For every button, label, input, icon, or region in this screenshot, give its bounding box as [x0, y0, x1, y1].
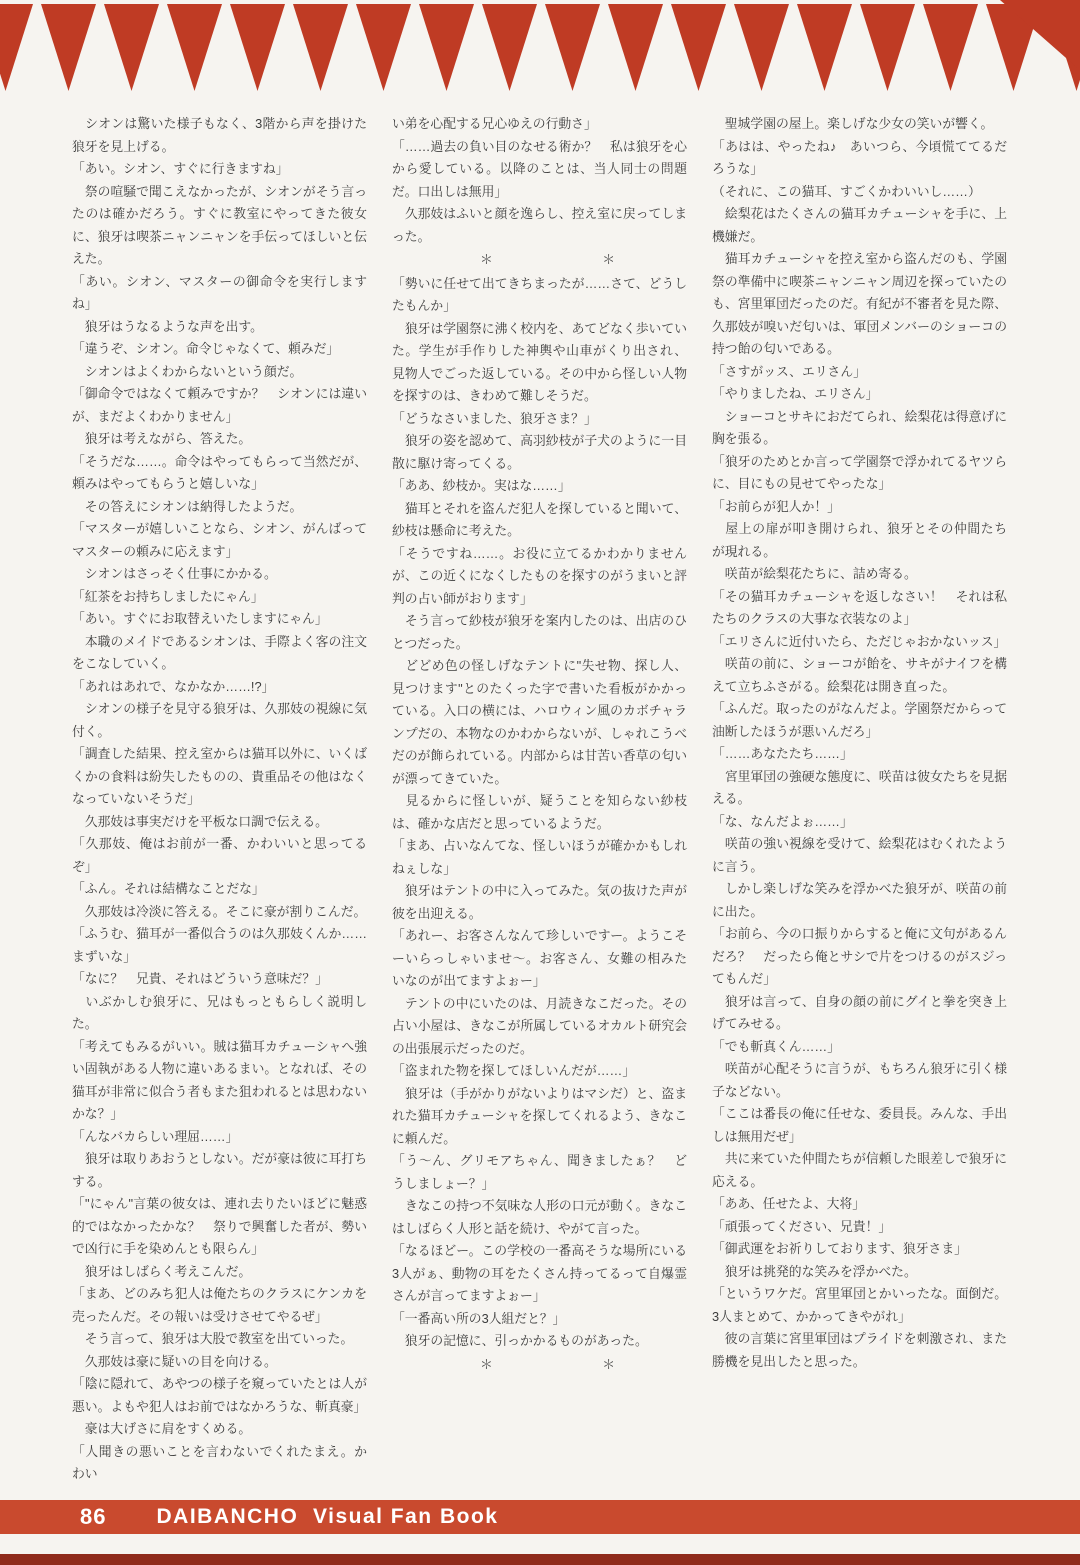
paragraph: 「なるほどー。この学校の一番高そうな場所にいる3人がぁ、動物の耳をたくさん持って…	[392, 1240, 687, 1308]
paragraph: 「さすがッス、エリさん」	[712, 361, 1007, 384]
paragraph: シオンはよくわからないという顔だ。	[72, 361, 367, 384]
paragraph: 咲苗の前に、ショーコが飴を、サキがナイフを構えて立ちふさがる。絵梨花は開き直った…	[712, 653, 1007, 698]
paragraph: 「その猫耳カチューシャを返しなさい！ それは私たちのクラスの大事な衣装なのよ」	[712, 586, 1007, 631]
paragraph: 咲苗が心配そうに言うが、もちろん狼牙に引く様子などない。	[712, 1058, 1007, 1103]
paragraph: 「というワケだ。宮里軍団とかいったな。面倒だ。3人まとめて、かかってきやがれ」	[712, 1283, 1007, 1328]
paragraph: 「御命令ではなくて頼みですか？ シオンには違いが、まだよくわかりません」	[72, 383, 367, 428]
paragraph: 狼牙は挑発的な笑みを浮かべた。	[712, 1261, 1007, 1284]
pennant-triangle-icon	[419, 4, 474, 91]
paragraph: 「な、なんだよぉ……」	[712, 811, 1007, 834]
paragraph: 宮里軍団の強硬な態度に、咲苗は彼女たちを見据える。	[712, 766, 1007, 811]
paragraph: 「陰に隠れて、あやつの様子を窺っていたとは人が悪い。よもや犯人はお前ではなかろう…	[72, 1373, 367, 1418]
paragraph: 本職のメイドであるシオンは、手際よく客の注文をこなしていく。	[72, 631, 367, 676]
paragraph: 「エリさんに近付いたら、ただじゃおかないッス」	[712, 631, 1007, 654]
paragraph: その答えにシオンは納得したようだ。	[72, 496, 367, 519]
paragraph: 「盗まれた物を探してほしいんだが……」	[392, 1060, 687, 1083]
paragraph: 「……あなたたち……」	[712, 743, 1007, 766]
separator-asterisk: ＊	[480, 249, 493, 272]
paragraph: 咲苗の強い視線を受けて、絵梨花はむくれたように言う。	[712, 833, 1007, 878]
paragraph: 久那妓は豪に疑いの目を向ける。	[72, 1351, 367, 1374]
paragraph: 狼牙はしばらく考えこんだ。	[72, 1261, 367, 1284]
paragraph: シオンはさっそく仕事にかかる。	[72, 563, 367, 586]
paragraph: ショーコとサキにおだてられ、絵梨花は得意げに胸を張る。	[712, 406, 1007, 451]
paragraph: 「あい。シオン、すぐに行きますね」	[72, 158, 367, 181]
pennant-triangle-icon	[167, 4, 222, 91]
paragraph: 祭の喧騒で聞こえなかったが、シオンがそう言ったのは確かだろう。すぐに教室にやって…	[72, 181, 367, 271]
paragraph: 「やりましたね、エリさん」	[712, 383, 1007, 406]
pennant-banner	[0, 4, 1080, 91]
pennant-triangle-icon	[41, 4, 96, 91]
pennant-triangle-icon	[545, 4, 600, 91]
paragraph: 「考えてもみるがいい。賊は猫耳カチューシャへ強い固執がある人物に違いあるまい。と…	[72, 1036, 367, 1126]
bottom-edge-strip	[0, 1554, 1080, 1565]
paragraph: いぶかしむ狼牙に、兄はもっともらしく説明した。	[72, 991, 367, 1036]
pennant-triangle-icon	[230, 4, 285, 91]
paragraph: 彼の言葉に宮里軍団はプライドを刺激され、また勝機を見出したと思った。	[712, 1328, 1007, 1373]
paragraph: 狼牙はうなるような声を出す。	[72, 316, 367, 339]
paragraph: 絵梨花はたくさんの猫耳カチューシャを手に、上機嫌だ。	[712, 203, 1007, 248]
paragraph: 猫耳カチューシャを控え室から盗んだのも、学園祭の準備中に喫茶ニャンニャン周辺を探…	[712, 248, 1007, 361]
footer-bar: 86 DAIBANCHO Visual Fan Book	[0, 1500, 1080, 1534]
pennant-triangle-icon	[734, 4, 789, 91]
paragraph: 「狼牙のためとか言って学園祭で浮かれてるヤツらに、目にもの見せてやったな」	[712, 451, 1007, 496]
paragraph: 久那妓は冷淡に答える。そこに豪が割りこんだ。	[72, 901, 367, 924]
paragraph: 「ふんだ。取ったのがなんだよ。学園祭だからって油断したほうが悪いんだろ」	[712, 698, 1007, 743]
paragraph: テントの中にいたのは、月読きなこだった。その占い小屋は、きなこが所属しているオカ…	[392, 993, 687, 1061]
paragraph: シオンは驚いた様子もなく、3階から声を掛けた狼牙を見上げる。	[72, 113, 367, 158]
paragraph: 「紅茶をお持ちしましたにゃん」	[72, 586, 367, 609]
paragraph: 「マスターが嬉しいことなら、シオン、がんばってマスターの頼みに応えます」	[72, 518, 367, 563]
paragraph: 「んなバカらしい理屈……」	[72, 1126, 367, 1149]
paragraph: 狼牙は学園祭に沸く校内を、あてどなく歩いていた。学生が手作りした神輿や山車がくり…	[392, 318, 687, 408]
paragraph: 狼牙は考えながら、答えた。	[72, 428, 367, 451]
separator-asterisk: ＊	[602, 1354, 615, 1377]
pennant-triangle-icon	[608, 4, 663, 91]
paragraph: 「一番高い所の3人組だと？」	[392, 1308, 687, 1331]
paragraph: 久那妓は事実だけを平板な口調で伝える。	[72, 811, 367, 834]
paragraph: 「御武運をお祈りしております、狼牙さま」	[712, 1238, 1007, 1261]
paragraph: 見るからに怪しいが、疑うことを知らない紗枝は、確かな店だと思っているようだ。	[392, 790, 687, 835]
paragraph: 狼牙は取りあおうとしない。だが豪は彼に耳打ちする。	[72, 1148, 367, 1193]
paragraph: そう言って紗枝が狼牙を案内したのは、出店のひとつだった。	[392, 610, 687, 655]
paragraph: 「そうだな……。命令はやってもらって当然だが、頼みはやってもらうと嬉しいな」	[72, 451, 367, 496]
paragraph: 「勢いに任せて出てきちまったが……さて、どうしたもんか」	[392, 273, 687, 318]
pennant-triangle-icon	[671, 4, 726, 91]
paragraph: 「お前らが犯人か！」	[712, 496, 1007, 519]
paragraph: 「どうなさいました、狼牙さま？」	[392, 408, 687, 431]
paragraph: どどめ色の怪しげなテントに"失せ物、探し人、見つけます"とのたくった字で書いた看…	[392, 655, 687, 790]
text-columns: シオンは驚いた様子もなく、3階から声を掛けた狼牙を見上げる。「あい。シオン、すぐ…	[72, 113, 1008, 1486]
paragraph: 「お前ら、今の口振りからすると俺に文句があるんだろ？ だったら俺とサシで片をつけ…	[712, 923, 1007, 991]
paragraph: 「まあ、占いなんてな、怪しいほうが確かかもしれねぇしな」	[392, 835, 687, 880]
paragraph: 「あはは、やったね♪ あいつら、今頃慌ててるだろうな」	[712, 136, 1007, 181]
paragraph: 狼牙は（手がかりがないよりはマシだ）と、盗まれた猫耳カチューシャを探してくれるよ…	[392, 1083, 687, 1151]
paragraph: 咲苗が絵梨花たちに、詰め寄る。	[712, 563, 1007, 586]
paragraph: 「あれー、お客さんなんて珍しいですー。ようこそーいらっしゃいませ〜。お客さん、女…	[392, 925, 687, 993]
pennant-triangle-icon	[860, 4, 915, 91]
pennant-triangle-icon	[0, 4, 33, 91]
paragraph: そう言って、狼牙は大股で教室を出ていった。	[72, 1328, 367, 1351]
pennant-triangle-icon	[923, 4, 978, 91]
paragraph: 狼牙は言って、自身の顔の前にグイと拳を突き上げてみせる。	[712, 991, 1007, 1036]
paragraph: 「ふん。それは結構なことだな」	[72, 878, 367, 901]
paragraph: 「調査した結果、控え室からは猫耳以外に、いくばくかの食料は紛失したものの、貴重品…	[72, 743, 367, 811]
paragraph: 「違うぞ、シオン。命令じゃなくて、頼みだ」	[72, 338, 367, 361]
pennant-triangle-icon	[293, 4, 348, 91]
pennant-triangle-icon	[356, 4, 411, 91]
paragraph: 「あれはあれで、なかなか……!?」	[72, 676, 367, 699]
separator-asterisk: ＊	[480, 1354, 493, 1377]
paragraph: 狼牙はテントの中に入ってみた。気の抜けた声が彼を出迎える。	[392, 880, 687, 925]
paragraph: 「あい。すぐにお取替えいたしますにゃん」	[72, 608, 367, 631]
paragraph: 共に来ていた仲間たちが信頼した眼差しで狼牙に応える。	[712, 1148, 1007, 1193]
paragraph: 狼牙の姿を認めて、高羽紗枝が子犬のように一目散に駆け寄ってくる。	[392, 430, 687, 475]
paragraph: 「"にゃん"言葉の彼女は、連れ去りたいほどに魅惑的ではなかったかな？ 祭りで興奮…	[72, 1193, 367, 1261]
text-column-2: い弟を心配する兄心ゆえの行動さ」「……過去の負い目のなせる術か？ 私は狼牙を心か…	[392, 113, 687, 1486]
page-number: 86	[80, 1504, 106, 1530]
paragraph: 「久那妓、俺はお前が一番、かわいいと思ってるぞ」	[72, 833, 367, 878]
paragraph: 「そうですね……。お役に立てるかわかりませんが、この近くになくしたものを探すのが…	[392, 543, 687, 611]
paragraph: 屋上の扉が叩き開けられ、狼牙とその仲間たちが現れる。	[712, 518, 1007, 563]
paragraph: 久那妓はふいと顔を逸らし、控え室に戻ってしまった。	[392, 203, 687, 248]
paragraph: い弟を心配する兄心ゆえの行動さ」	[392, 113, 687, 136]
paragraph: 聖城学園の屋上。楽しげな少女の笑いが響く。	[712, 113, 1007, 136]
paragraph: 「ああ、紗枝か。実はな……」	[392, 475, 687, 498]
paragraph: 「ああ、任せたよ、大将」	[712, 1193, 1007, 1216]
book-page: シオンは驚いた様子もなく、3階から声を掛けた狼牙を見上げる。「あい。シオン、すぐ…	[0, 0, 1080, 1565]
paragraph: 「ふうむ、猫耳が一番似合うのは久那妓くんか……まずいな」	[72, 923, 367, 968]
paragraph: （それに、この猫耳、すごくかわいいし……）	[712, 181, 1007, 204]
pennant-triangle-icon	[797, 4, 852, 91]
separator-asterisk: ＊	[602, 249, 615, 272]
paragraph: 「なに？ 兄貴、それはどういう意味だ？」	[72, 968, 367, 991]
paragraph: 豪は大げさに肩をすくめる。	[72, 1418, 367, 1441]
paragraph: きなこの持つ不気味な人形の口元が動く。きなこはしばらく人形と話を続け、やがて言っ…	[392, 1195, 687, 1240]
section-separator: ＊＊	[392, 248, 687, 273]
paragraph: 「でも斬真くん……」	[712, 1036, 1007, 1059]
paragraph: 「人聞きの悪いことを言わないでくれたまえ。かわい	[72, 1441, 367, 1486]
text-column-3: 聖城学園の屋上。楽しげな少女の笑いが響く。「あはは、やったね♪ あいつら、今頃慌…	[712, 113, 1007, 1486]
paragraph: 「あい。シオン、マスターの御命令を実行しますね」	[72, 271, 367, 316]
paragraph: 狼牙の記憶に、引っかかるものがあった。	[392, 1330, 687, 1353]
paragraph: 「……過去の負い目のなせる術か？ 私は狼牙を心から愛している。以降のことは、当人…	[392, 136, 687, 204]
paragraph: しかし楽しげな笑みを浮かべた狼牙が、咲苗の前に出た。	[712, 878, 1007, 923]
paragraph: 「まあ、どのみち犯人は俺たちのクラスにケンカを売ったんだ。その報いは受けさせてや…	[72, 1283, 367, 1328]
text-column-1: シオンは驚いた様子もなく、3階から声を掛けた狼牙を見上げる。「あい。シオン、すぐ…	[72, 113, 367, 1486]
paragraph: 「頑張ってください、兄貴！」	[712, 1216, 1007, 1239]
section-separator: ＊＊	[392, 1353, 687, 1378]
paragraph: 「ここは番長の俺に任せな、委員長。みんな、手出しは無用だぜ」	[712, 1103, 1007, 1148]
paragraph: 猫耳とそれを盗んだ犯人を探していると聞いて、紗枝は懸命に考えた。	[392, 498, 687, 543]
pennant-triangle-icon	[104, 4, 159, 91]
footer-book-title: DAIBANCHO Visual Fan Book	[156, 1505, 498, 1529]
paragraph: シオンの様子を見守る狼牙は、久那妓の視線に気付く。	[72, 698, 367, 743]
paragraph: 「う〜ん、グリモアちゃん、聞きましたぁ？ どうしましょー？」	[392, 1150, 687, 1195]
pennant-triangle-icon	[482, 4, 537, 91]
